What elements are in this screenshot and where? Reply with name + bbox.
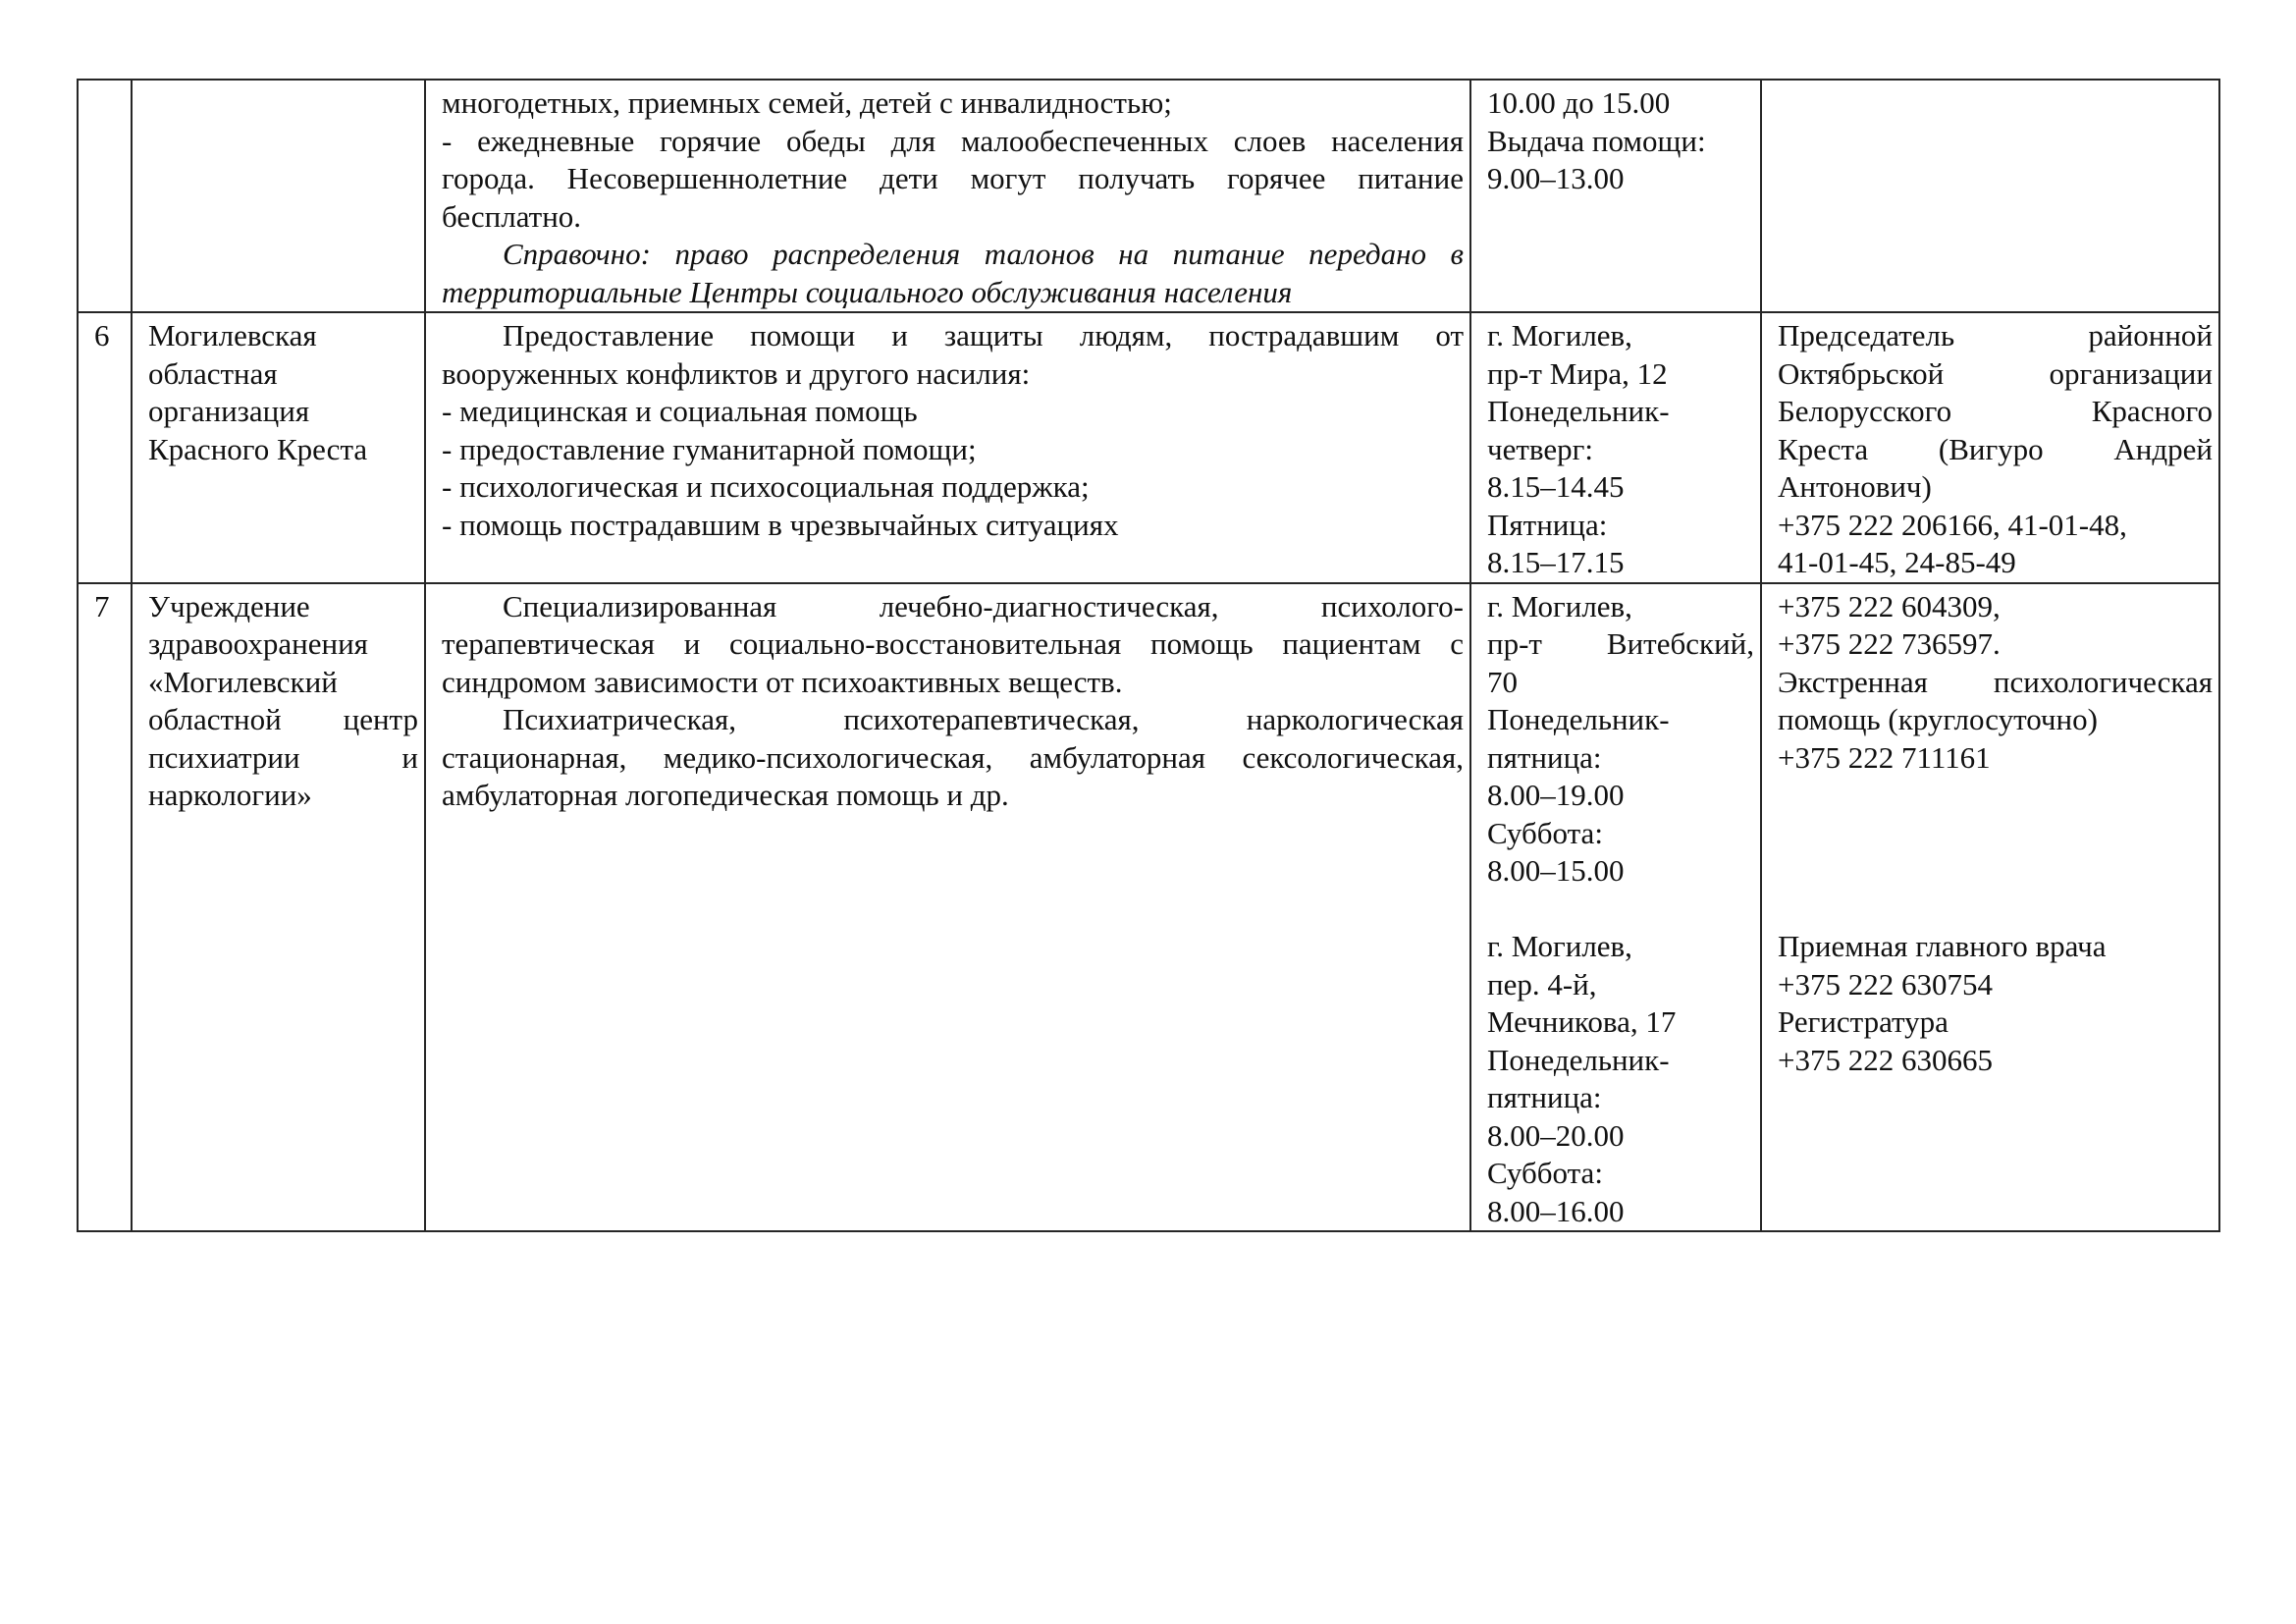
hours-line: 8.00–19.00: [1487, 777, 1754, 815]
hours-line: 8.00–20.00: [1487, 1117, 1754, 1156]
hours-line: Выдача помощи:: [1487, 123, 1754, 161]
description-line: бесплатно.: [442, 198, 1464, 237]
contact-label-line: Приемная главного врача: [1778, 928, 2213, 966]
hours-line: 9.00–13.00: [1487, 160, 1754, 198]
address-line: г. Могилев,: [1487, 928, 1754, 966]
spacer: [1487, 891, 1754, 929]
description-line: Специализированная лечебно-диагностическ…: [442, 588, 1464, 626]
service-list-item: - предоставление гуманитарной помощи;: [442, 431, 1464, 469]
organization-name-line: областная: [148, 355, 418, 394]
contact-person-line: Креста (Вигуро Андрей: [1778, 431, 2213, 469]
description-line: города. Несовершеннолетние дети могут по…: [442, 160, 1464, 198]
hours-line: пятница:: [1487, 1079, 1754, 1117]
table-row: 6 Могилевская областная организация Крас…: [78, 312, 2219, 583]
hours-line: 8.15–14.45: [1487, 468, 1754, 507]
address-line: пер. 4-й,: [1487, 966, 1754, 1004]
hours-line: пятница:: [1487, 739, 1754, 778]
contacts-cell: [1761, 80, 2219, 312]
hours-line: Понедельник-: [1487, 701, 1754, 739]
organization-name-line: Могилевская: [148, 317, 418, 355]
spacer: [1778, 777, 2213, 815]
address-line: пр-т Витебский,: [1487, 625, 1754, 664]
contact-person-line: Антонович): [1778, 468, 2213, 507]
description-line: синдромом зависимости от психоактивных в…: [442, 664, 1464, 702]
row-number-cell: [78, 80, 132, 312]
description-line: амбулаторная логопедическая помощь и др.: [442, 777, 1464, 815]
phone-numbers-line: +375 222 604309,: [1778, 588, 2213, 626]
row-number-cell: 7: [78, 583, 132, 1232]
address-line: г. Могилев,: [1487, 588, 1754, 626]
reference-note-line: Справочно: право распределения талонов н…: [442, 236, 1464, 274]
contact-label-line: Регистратура: [1778, 1003, 2213, 1042]
hours-line: 8.00–15.00: [1487, 852, 1754, 891]
contact-person-line: Председатель районной: [1778, 317, 2213, 355]
organization-name-cell: Учреждение здравоохранения «Могилевский …: [132, 583, 425, 1232]
hours-line: Понедельник-: [1487, 393, 1754, 431]
contacts-cell: Председатель районной Октябрьской органи…: [1761, 312, 2219, 583]
services-table: многодетных, приемных семей, детей с инв…: [77, 79, 2220, 1232]
table-row: 7 Учреждение здравоохранения «Могилевски…: [78, 583, 2219, 1232]
address-hours-cell: 10.00 до 15.00 Выдача помощи: 9.00–13.00: [1470, 80, 1761, 312]
hours-line: 8.15–17.15: [1487, 544, 1754, 582]
description-line: - ежедневные горячие обеды для малообесп…: [442, 123, 1464, 161]
spacer: [1778, 891, 2213, 929]
organization-name-line: «Могилевский: [148, 664, 418, 702]
organization-name-line: организация: [148, 393, 418, 431]
organization-name-cell: [132, 80, 425, 312]
address-hours-cell: г. Могилев, пр-т Мира, 12 Понедельник- ч…: [1470, 312, 1761, 583]
spacer: [1778, 852, 2213, 891]
hours-line: Суббота:: [1487, 1155, 1754, 1193]
organization-name-line: Красного Креста: [148, 431, 418, 469]
hours-line: Пятница:: [1487, 507, 1754, 545]
service-list-item: - медицинская и социальная помощь: [442, 393, 1464, 431]
contacts-cell: +375 222 604309, +375 222 736597. Экстре…: [1761, 583, 2219, 1232]
phone-numbers-line: +375 222 736597.: [1778, 625, 2213, 664]
phone-numbers-line: +375 222 711161: [1778, 739, 2213, 778]
address-line: Мечникова, 17: [1487, 1003, 1754, 1042]
address-line: 70: [1487, 664, 1754, 702]
organization-name-cell: Могилевская областная организация Красно…: [132, 312, 425, 583]
phone-numbers-line: +375 222 206166, 41-01-48,: [1778, 507, 2213, 545]
service-list-item: - психологическая и психосоциальная подд…: [442, 468, 1464, 507]
organization-name-line: здравоохранения: [148, 625, 418, 664]
contact-person-line: Белорусского Красного: [1778, 393, 2213, 431]
contact-person-line: Октябрьской организации: [1778, 355, 2213, 394]
hours-line: 10.00 до 15.00: [1487, 84, 1754, 123]
reference-note-line: территориальные Центры социального обслу…: [442, 274, 1464, 312]
phone-numbers-line: +375 222 630754: [1778, 966, 2213, 1004]
organization-name-line: психиатрии и: [148, 739, 418, 778]
contact-label-line: Экстренная психологическая: [1778, 664, 2213, 702]
address-hours-cell: г. Могилев, пр-т Витебский, 70 Понедельн…: [1470, 583, 1761, 1232]
services-description-cell: Предоставление помощи и защиты людям, по…: [425, 312, 1470, 583]
description-line: многодетных, приемных семей, детей с инв…: [442, 84, 1464, 123]
spacer: [1778, 815, 2213, 853]
description-line: терапевтическая и социально-восстановите…: [442, 625, 1464, 664]
hours-line: четверг:: [1487, 431, 1754, 469]
address-line: г. Могилев,: [1487, 317, 1754, 355]
hours-line: Суббота:: [1487, 815, 1754, 853]
phone-numbers-line: +375 222 630665: [1778, 1042, 2213, 1080]
document-page: многодетных, приемных семей, детей с инв…: [0, 0, 2296, 1624]
services-description-cell: Специализированная лечебно-диагностическ…: [425, 583, 1470, 1232]
phone-numbers-line: 41-01-45, 24-85-49: [1778, 544, 2213, 582]
description-line: вооруженных конфликтов и другого насилия…: [442, 355, 1464, 394]
address-line: пр-т Мира, 12: [1487, 355, 1754, 394]
row-number-cell: 6: [78, 312, 132, 583]
description-line: Психиатрическая, психотерапевтическая, н…: [442, 701, 1464, 739]
organization-name-line: областной центр: [148, 701, 418, 739]
hours-line: Понедельник-: [1487, 1042, 1754, 1080]
description-line: стационарная, медико-психологическая, ам…: [442, 739, 1464, 778]
services-description-cell: многодетных, приемных семей, детей с инв…: [425, 80, 1470, 312]
hours-line: 8.00–16.00: [1487, 1193, 1754, 1231]
contact-label-line: помощь (круглосуточно): [1778, 701, 2213, 739]
organization-name-line: наркологии»: [148, 777, 418, 815]
organization-name-line: Учреждение: [148, 588, 418, 626]
table-row: многодетных, приемных семей, детей с инв…: [78, 80, 2219, 312]
description-line: Предоставление помощи и защиты людям, по…: [442, 317, 1464, 355]
service-list-item: - помощь пострадавшим в чрезвычайных сит…: [442, 507, 1464, 545]
